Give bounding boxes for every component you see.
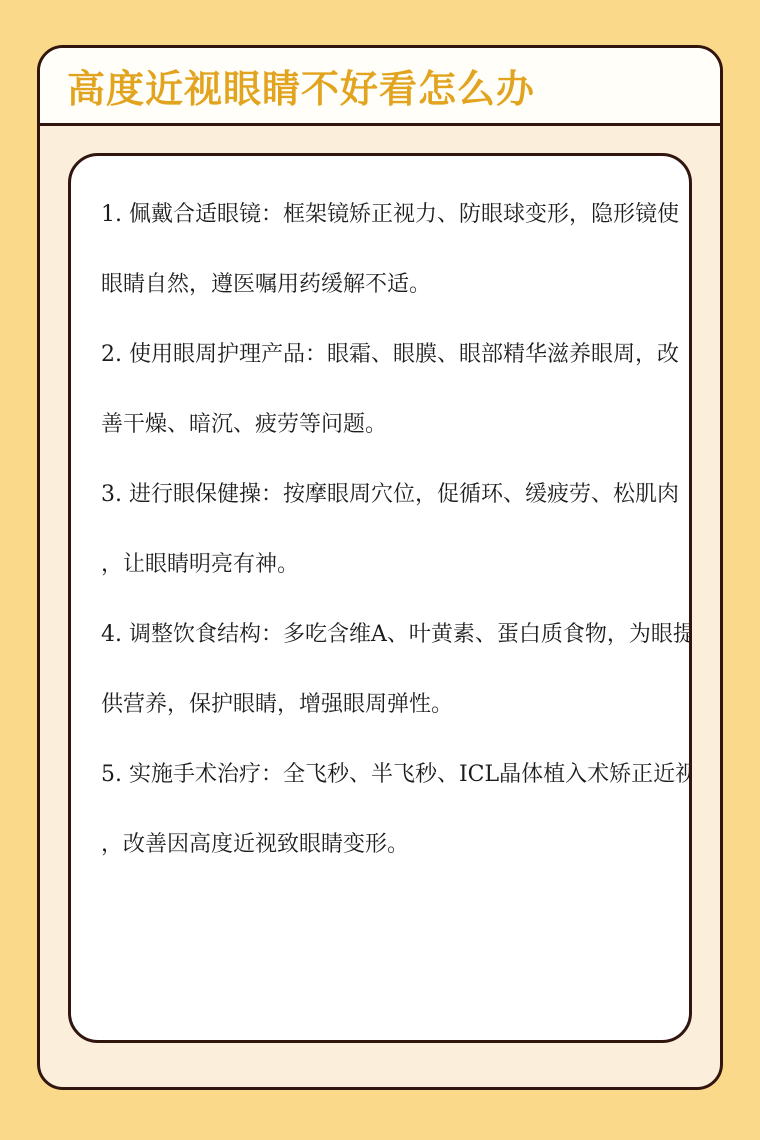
text-line: 4. 调整饮食结构：多吃含维A、叶黄素、蛋白质食物，为眼提: [101, 600, 661, 670]
content-card: 高度近视眼睛不好看怎么办 1. 佩戴合适眼镜：框架镜矫正视力、防眼球变形，隐形镜…: [37, 45, 723, 1090]
content-panel: 1. 佩戴合适眼镜：框架镜矫正视力、防眼球变形，隐形镜使 眼睛自然，遵医嘱用药缓…: [68, 153, 692, 1043]
text-line: 眼睛自然，遵医嘱用药缓解不适。: [101, 250, 661, 320]
text-line: ，改善因高度近视致眼睛变形。: [101, 810, 661, 880]
card-header: 高度近视眼睛不好看怎么办: [40, 48, 720, 126]
text-line: 善干燥、暗沉、疲劳等问题。: [101, 390, 661, 460]
text-line: 供营养，保护眼睛，增强眼周弹性。: [101, 670, 661, 740]
text-line: 1. 佩戴合适眼镜：框架镜矫正视力、防眼球变形，隐形镜使: [101, 180, 661, 250]
page-title: 高度近视眼睛不好看怎么办: [67, 58, 535, 113]
page-background: { "header": { "title": "高度近视眼睛不好看怎么办" },…: [0, 0, 760, 1140]
text-line: 2. 使用眼周护理产品：眼霜、眼膜、眼部精华滋养眼周，改: [101, 320, 661, 390]
text-line: ，让眼睛明亮有神。: [101, 530, 661, 600]
text-line: 3. 进行眼保健操：按摩眼周穴位，促循环、缓疲劳、松肌肉: [101, 460, 661, 530]
text-line: 5. 实施手术治疗：全飞秒、半飞秒、ICL晶体植入术矫正近视: [101, 740, 661, 810]
